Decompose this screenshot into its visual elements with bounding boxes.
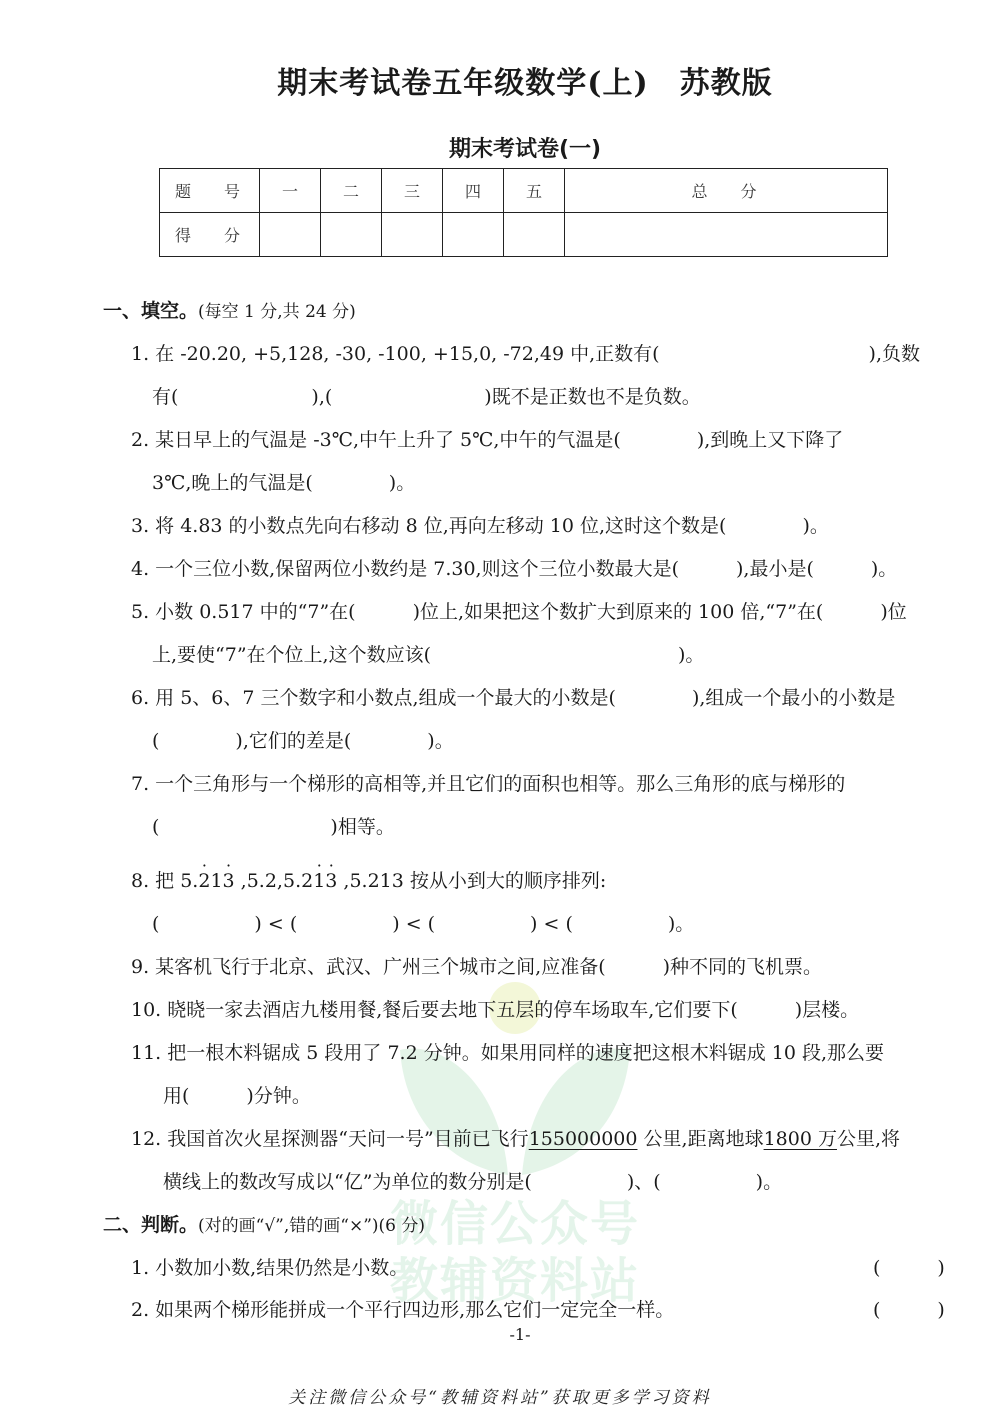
header-cell: 二 (321, 169, 382, 213)
question-6-line-2: ( ),它们的差是( )。 (152, 728, 454, 754)
score-table-score-row: 得 分 (160, 213, 888, 257)
repeating-digit: 3 (223, 868, 235, 894)
repeating-digit: 1 (313, 868, 325, 894)
question-1-line-2: 有( ),( )既不是正数也不是负数。 (152, 384, 701, 410)
question-9: 9. 某客机飞行于北京、武汉、广州三个城市之间,应准备( )种不同的飞机票。 (131, 954, 822, 980)
q12-prefix: 12. 我国首次火星探测器“天问一号”目前已飞行 (131, 1128, 529, 1150)
question-1-line-1: 1. 在 -20.20, +5,128, -30, -100, +15,0, -… (131, 341, 920, 367)
footer-note: 关注微信公众号“教辅资料站”获取更多学习资料 (0, 1383, 1000, 1408)
question-5-line-2: 上,要使“7”在个位上,这个数应该( )。 (152, 642, 704, 668)
question-12-line-2: 横线上的数改写成以“亿”为单位的数分别是( )、( )。 (163, 1169, 782, 1195)
repeating-digit: 2 (198, 868, 210, 894)
question-11-line-2: 用( )分钟。 (163, 1083, 311, 1109)
section1-title: 一、填空。 (103, 300, 198, 322)
section1-note: (每空 1 分,共 24 分) (198, 302, 356, 322)
header-cell: 四 (443, 169, 504, 213)
judge-item-2: 2. 如果两个梯形能拼成一个平行四边形,那么它们一定完全一样。 (131, 1297, 674, 1323)
section2-title: 二、判断。 (103, 1214, 198, 1236)
header-cell: 一 (260, 169, 321, 213)
judge-item-1: 1. 小数加小数,结果仍然是小数。 (131, 1255, 408, 1281)
score-table: 题 号 一 二 三 四 五 总 分 得 分 (159, 168, 888, 257)
score-cell[interactable] (443, 213, 504, 257)
q8-separator: ,5.2, (235, 870, 283, 892)
question-12-line-1: 12. 我国首次火星探测器“天问一号”目前已飞行155000000 公里,距离地… (131, 1126, 900, 1152)
question-8-line-2: ( ) < ( ) < ( ) < ( )。 (152, 911, 694, 937)
question-7-line-1: 7. 一个三角形与一个梯形的高相等,并且它们的面积也相等。那么三角形的底与梯形的 (131, 771, 845, 797)
q12-mid: 公里,距离地球 (637, 1128, 763, 1150)
header-cell: 题 号 (160, 169, 260, 213)
judge-answer-blank-2[interactable]: ( ) (873, 1297, 945, 1323)
q8-number-1-part: 1 (210, 870, 222, 892)
score-cell[interactable] (260, 213, 321, 257)
header-cell: 三 (382, 169, 443, 213)
question-7-line-2: ( )相等。 (152, 814, 395, 840)
question-10: 10. 晓晓一家去酒店九楼用餐,餐后要去地下五层的停车场取车,它们要下( )层楼… (131, 997, 859, 1023)
question-5-line-1: 5. 小数 0.517 中的“7”在( )位上,如果把这个数扩大到原来的 100… (131, 599, 907, 625)
question-4: 4. 一个三位小数,保留两位小数约是 7.30,则这个三位小数最大是( ),最小… (131, 556, 897, 582)
section2-heading: 二、判断。(对的画“√”,错的画“×”)(6 分) (103, 1212, 425, 1239)
q12-suffix: 公里,将 (837, 1128, 900, 1150)
score-cell[interactable] (321, 213, 382, 257)
exam-subtitle: 期末考试卷(一) (0, 132, 1000, 163)
question-6-line-1: 6. 用 5、6、7 三个数字和小数点,组成一个最大的小数是( ),组成一个最小… (131, 685, 895, 711)
judge-answer-blank-1[interactable]: ( ) (873, 1255, 945, 1281)
question-2-line-1: 2. 某日早上的气温是 -3℃,中午上升了 5℃,中午的气温是( ),到晚上又下… (131, 427, 843, 453)
header-cell: 五 (504, 169, 565, 213)
underlined-number: 155000000 (529, 1128, 638, 1150)
question-8-line-1: 8. 把 5.213 ,5.2,5.213 ,5.213 按从小到大的顺序排列: (131, 868, 606, 894)
score-table-header-row: 题 号 一 二 三 四 五 总 分 (160, 169, 888, 213)
q8-number-3-part: 5.2 (283, 870, 313, 892)
page-title: 期末考试卷五年级数学(上) 苏教版 (0, 58, 1000, 102)
q8-number-1-part: 5. (180, 870, 198, 892)
score-row-label: 得 分 (160, 213, 260, 257)
q8-suffix: ,5.213 按从小到大的顺序排列: (337, 870, 606, 892)
section1-heading: 一、填空。(每空 1 分,共 24 分) (103, 298, 356, 325)
q8-prefix: 8. 把 (131, 870, 180, 892)
score-cell[interactable] (382, 213, 443, 257)
question-11-line-1: 11. 把一根木料锯成 5 段用了 7.2 分钟。如果用同样的速度把这根木料锯成… (131, 1040, 884, 1066)
question-3: 3. 将 4.83 的小数点先向右移动 8 位,再向左移动 10 位,这时这个数… (131, 513, 829, 539)
question-2-line-2: 3℃,晚上的气温是( )。 (152, 470, 415, 496)
section2-note: (对的画“√”,错的画“×”)(6 分) (198, 1216, 425, 1236)
repeating-digit: 3 (325, 868, 337, 894)
header-cell: 总 分 (565, 169, 888, 213)
underlined-number: 1800 万 (764, 1128, 837, 1150)
page-number: -1- (0, 1325, 1000, 1344)
score-cell[interactable] (504, 213, 565, 257)
score-cell[interactable] (565, 213, 888, 257)
